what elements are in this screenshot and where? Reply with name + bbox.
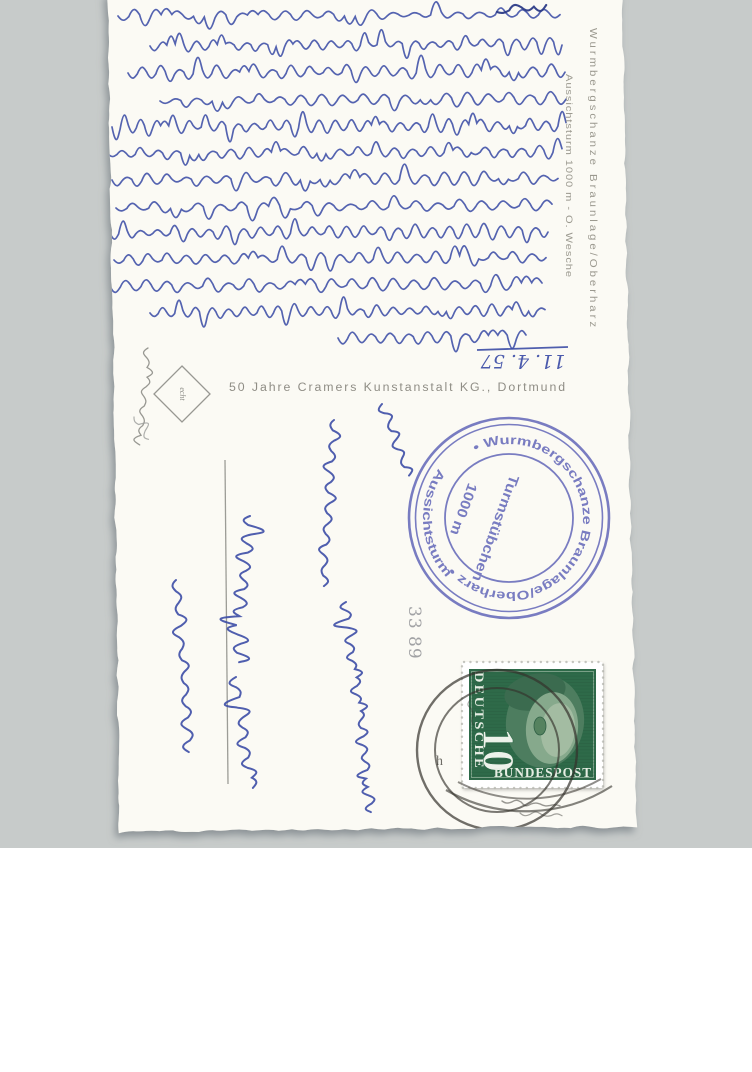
postmark-letter: h	[436, 754, 443, 769]
postage-stamp: DEUTSCHE 10 BUNDESPOST	[462, 662, 603, 788]
handwritten-date: 11. 4. 57	[480, 350, 566, 372]
publisher-diamond-text: echt	[178, 387, 187, 401]
stamp-bottom-word: BUNDESPOST	[494, 765, 592, 780]
page-lower-area	[0, 848, 752, 1072]
postcard-back: 11. 4. 57 Wurmbergschanze Braunlage/Ober…	[107, 0, 637, 833]
scanned-postcard-page: 11. 4. 57 Wurmbergschanze Braunlage/Ober…	[0, 0, 752, 1072]
publisher-imprint: 50 Jahre Cramers Kunstanstalt KG., Dortm…	[229, 382, 567, 394]
pencil-number: 33 89	[404, 606, 424, 660]
side-caption-title: Wurmbergschanze Braunlage/Oberharz	[587, 28, 598, 330]
side-caption-photographer: Aussichtsturm 1000 m - O. Wesche	[563, 74, 574, 278]
